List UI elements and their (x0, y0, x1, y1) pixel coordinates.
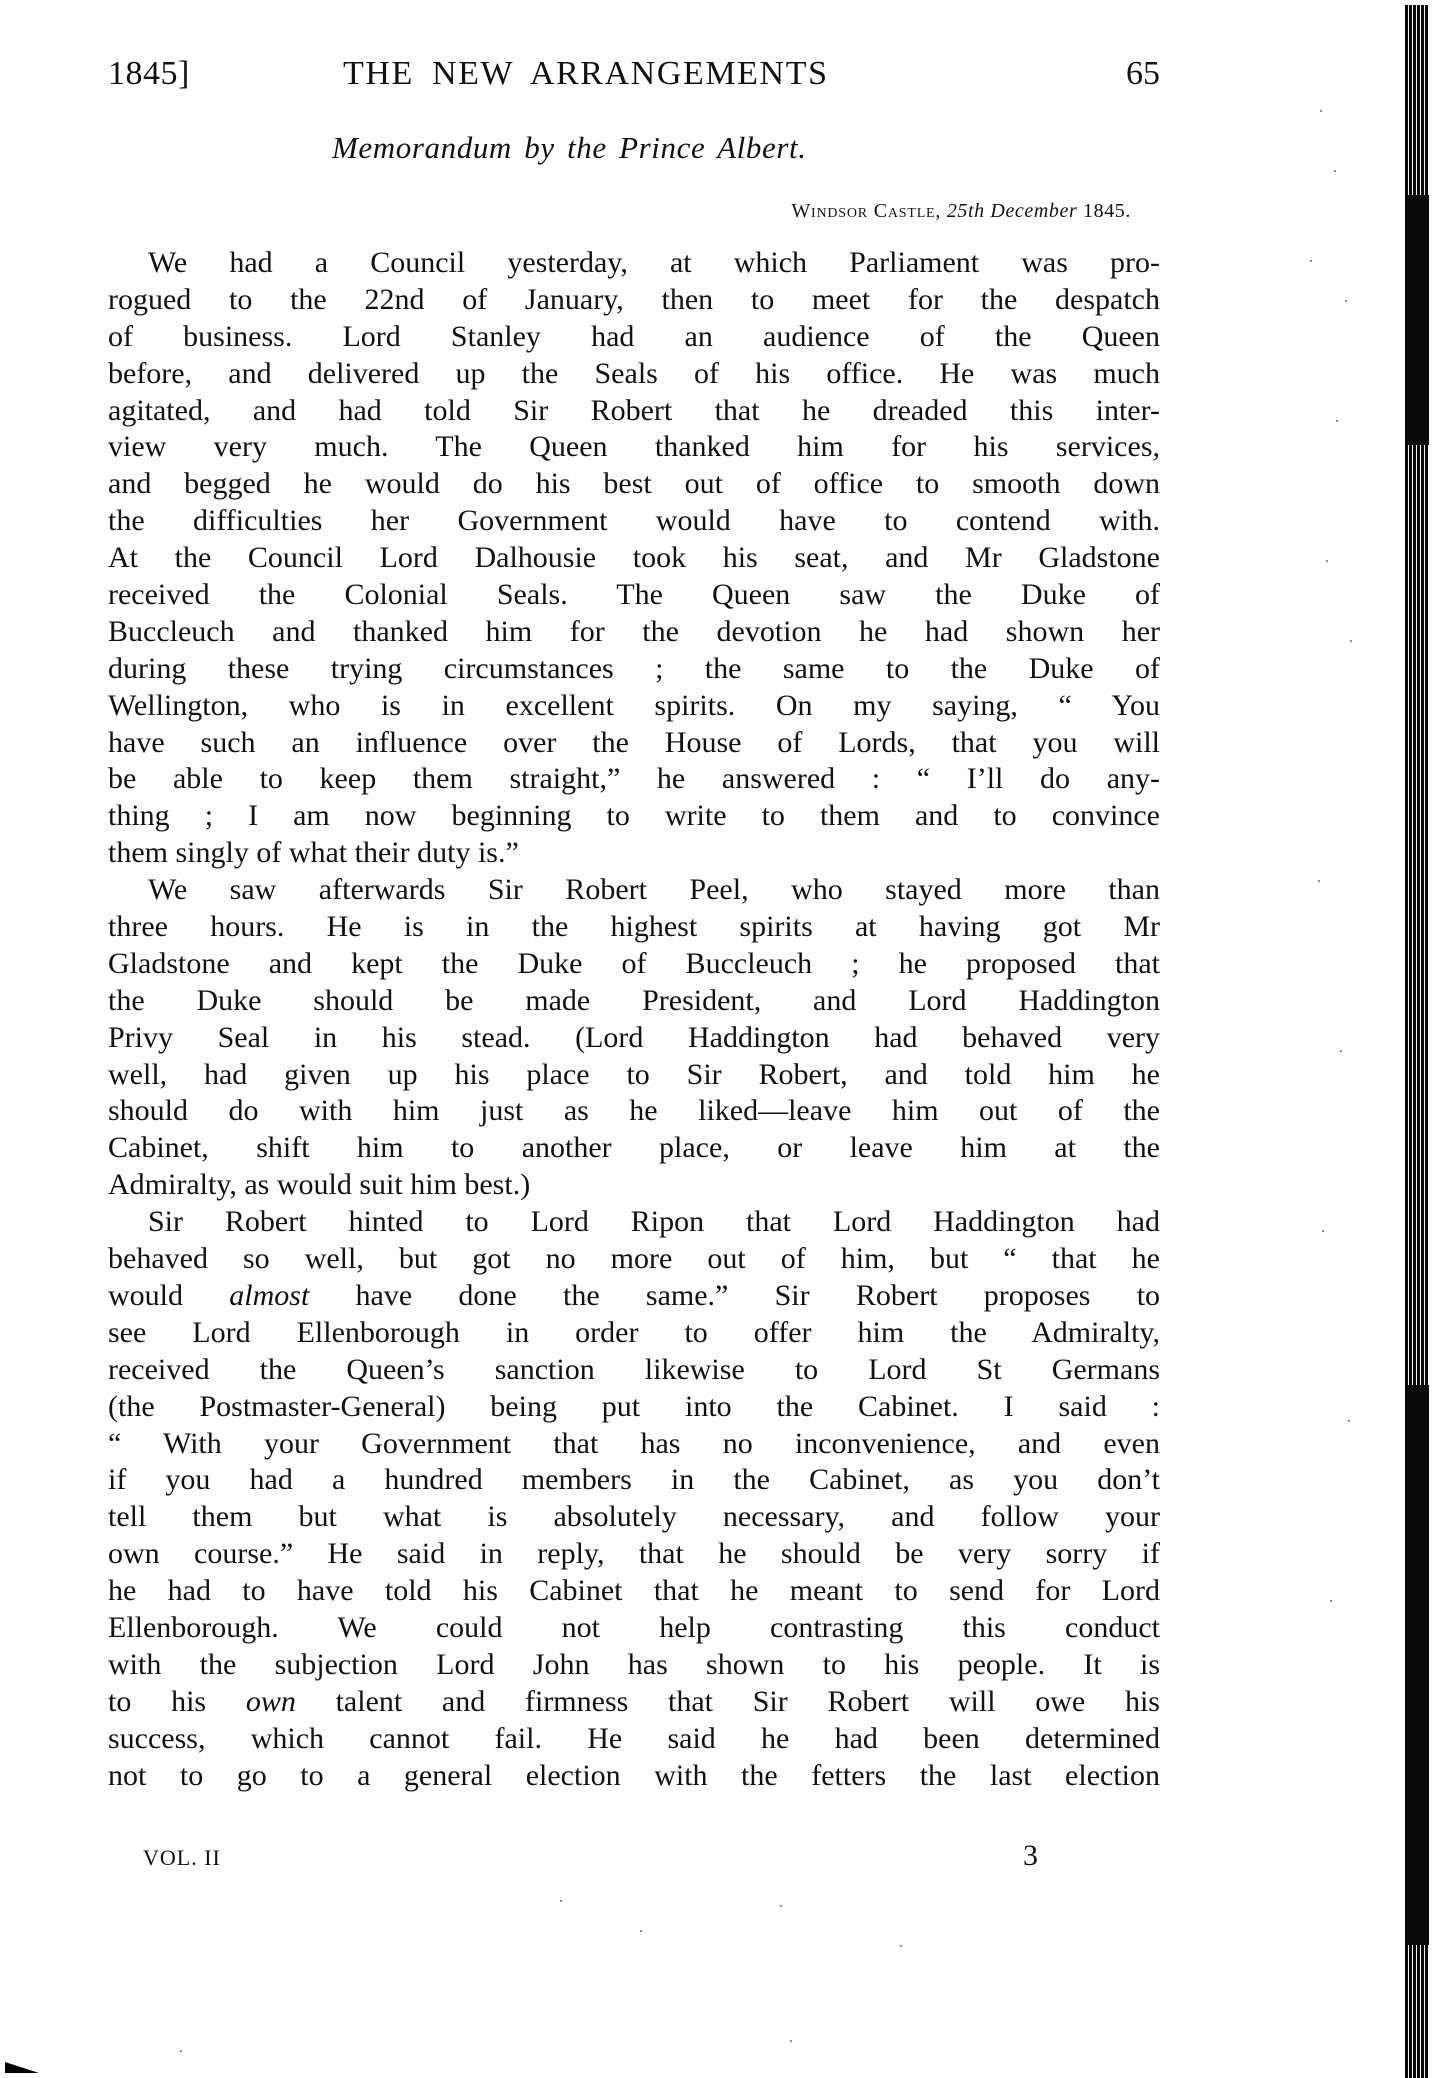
text-line: Sir Robert hinted to Lord Ripon that Lor… (108, 1204, 1160, 1241)
scan-speck (1336, 420, 1338, 422)
text-line: Privy Seal in his stead. (Lord Haddingto… (108, 1020, 1160, 1057)
text-line: behaved so well, but got no more out of … (108, 1241, 1160, 1278)
text-line: received the Queen’s sanction likewise t… (108, 1352, 1160, 1389)
text-line: and begged he would do his best out of o… (108, 466, 1160, 503)
scan-speck (1340, 1050, 1342, 1052)
text-segment: to his (108, 1685, 206, 1718)
text-line: Buccleuch and thanked him for the devoti… (108, 614, 1160, 651)
text-line: should do with him just as he liked—leav… (108, 1093, 1160, 1130)
text-line: Gladstone and kept the Duke of Buccleuch… (108, 946, 1160, 983)
scan-speck (560, 1900, 562, 1902)
scan-speck (1330, 1600, 1332, 1602)
text-segment: talent and firmness that Sir Robert will… (336, 1685, 1160, 1718)
text-line: received the Colonial Seals. The Queen s… (108, 577, 1160, 614)
text-line: success, which cannot fail. He said he h… (108, 1721, 1160, 1758)
scan-speck (1345, 300, 1347, 302)
text-line: he had to have told his Cabinet that he … (108, 1573, 1160, 1610)
text-line: not to go to a general election with the… (108, 1758, 1160, 1795)
scan-speck (1334, 170, 1336, 172)
text-line: rogued to the 22nd of January, then to m… (108, 282, 1160, 319)
text-line: the difficulties her Government would ha… (108, 503, 1160, 540)
text-line: be able to keep them straight,” he answe… (108, 761, 1160, 798)
scan-speck (180, 2050, 182, 2052)
book-page: 1845] THE NEW ARRANGEMENTS 65 Memorandum… (0, 0, 1434, 2078)
text-line: Wellington, who is in excellent spirits.… (108, 688, 1160, 725)
text-line: during these trying circumstances ; the … (108, 651, 1160, 688)
text-line: see Lord Ellenborough in order to offer … (108, 1315, 1160, 1352)
text-line: to his own talent and firmness that Sir … (108, 1684, 1160, 1721)
memorandum-dateline: Windsor Castle, 25th December 1845. (791, 198, 1131, 224)
text-line: Admiralty, as would suit him best.) (108, 1167, 1160, 1204)
binding-edge-solid (1405, 1385, 1429, 1945)
scan-speck (780, 1905, 782, 1907)
signature-mark: 3 (1023, 1838, 1038, 1874)
text-line: tell them but what is absolutely necessa… (108, 1499, 1160, 1536)
text-line: We had a Council yesterday, at which Par… (108, 245, 1160, 282)
scan-speck (640, 1930, 642, 1932)
page-footer: VOL. II 3 (143, 1842, 1043, 1874)
text-segment: have done the same.” Sir Robert proposes… (356, 1279, 1160, 1312)
text-line: thing ; I am now beginning to write to t… (108, 798, 1160, 835)
text-line: of business. Lord Stanley had an audienc… (108, 319, 1160, 356)
scan-corner-mark (5, 2062, 39, 2073)
text-line: if you had a hundred members in the Cabi… (108, 1462, 1160, 1499)
binding-edge-shadow (1405, 5, 1429, 2078)
scan-speck (900, 1945, 902, 1947)
page-number: 65 (1126, 52, 1160, 96)
text-segment: would (108, 1279, 183, 1312)
text-line: “ With your Government that has no incon… (108, 1426, 1160, 1463)
text-line: At the Council Lord Dalhousie took his s… (108, 540, 1160, 577)
volume-label: VOL. II (143, 1842, 221, 1874)
text-line: with the subjection Lord John has shown … (108, 1647, 1160, 1684)
running-head-title: THE NEW ARRANGEMENTS (343, 52, 923, 96)
scan-speck (1322, 1230, 1324, 1232)
dateline-day: 25th (947, 200, 985, 222)
scan-speck (1350, 640, 1352, 642)
emphasis-almost: almost (229, 1279, 309, 1312)
scan-speck (790, 2040, 792, 2042)
running-head: 1845] THE NEW ARRANGEMENTS 65 (108, 52, 1160, 96)
dateline-month: December (990, 200, 1077, 222)
body-text: We had a Council yesterday, at which Par… (108, 245, 1160, 1794)
text-line: (the Postmaster-General) being put into … (108, 1389, 1160, 1426)
emphasis-own: own (246, 1685, 296, 1718)
scan-speck (1318, 880, 1320, 882)
text-line: view very much. The Queen thanked him fo… (108, 429, 1160, 466)
scan-speck (1326, 560, 1328, 562)
text-line: have such an influence over the House of… (108, 725, 1160, 762)
binding-edge-solid (1405, 195, 1429, 445)
text-line: the Duke should be made President, and L… (108, 983, 1160, 1020)
scan-speck (1310, 260, 1312, 262)
text-line: them singly of what their duty is.” (108, 835, 1160, 872)
dateline-place: Windsor Castle, (791, 200, 941, 222)
text-line: three hours. He is in the highest spirit… (108, 909, 1160, 946)
text-line: Ellenborough. We could not help contrast… (108, 1610, 1160, 1647)
text-line: well, had given up his place to Sir Robe… (108, 1057, 1160, 1094)
memorandum-title: Memorandum by the Prince Albert. (332, 128, 807, 168)
scan-speck (1348, 1420, 1350, 1422)
text-line: We saw afterwards Sir Robert Peel, who s… (108, 872, 1160, 909)
text-line: would almost have done the same.” Sir Ro… (108, 1278, 1160, 1315)
scan-speck (1320, 110, 1322, 112)
running-head-year: 1845] (108, 52, 190, 96)
text-line: Cabinet, shift him to another place, or … (108, 1130, 1160, 1167)
text-line: before, and delivered up the Seals of hi… (108, 356, 1160, 393)
text-line: own course.” He said in reply, that he s… (108, 1536, 1160, 1573)
dateline-year: 1845. (1083, 200, 1131, 222)
text-line: agitated, and had told Sir Robert that h… (108, 393, 1160, 430)
